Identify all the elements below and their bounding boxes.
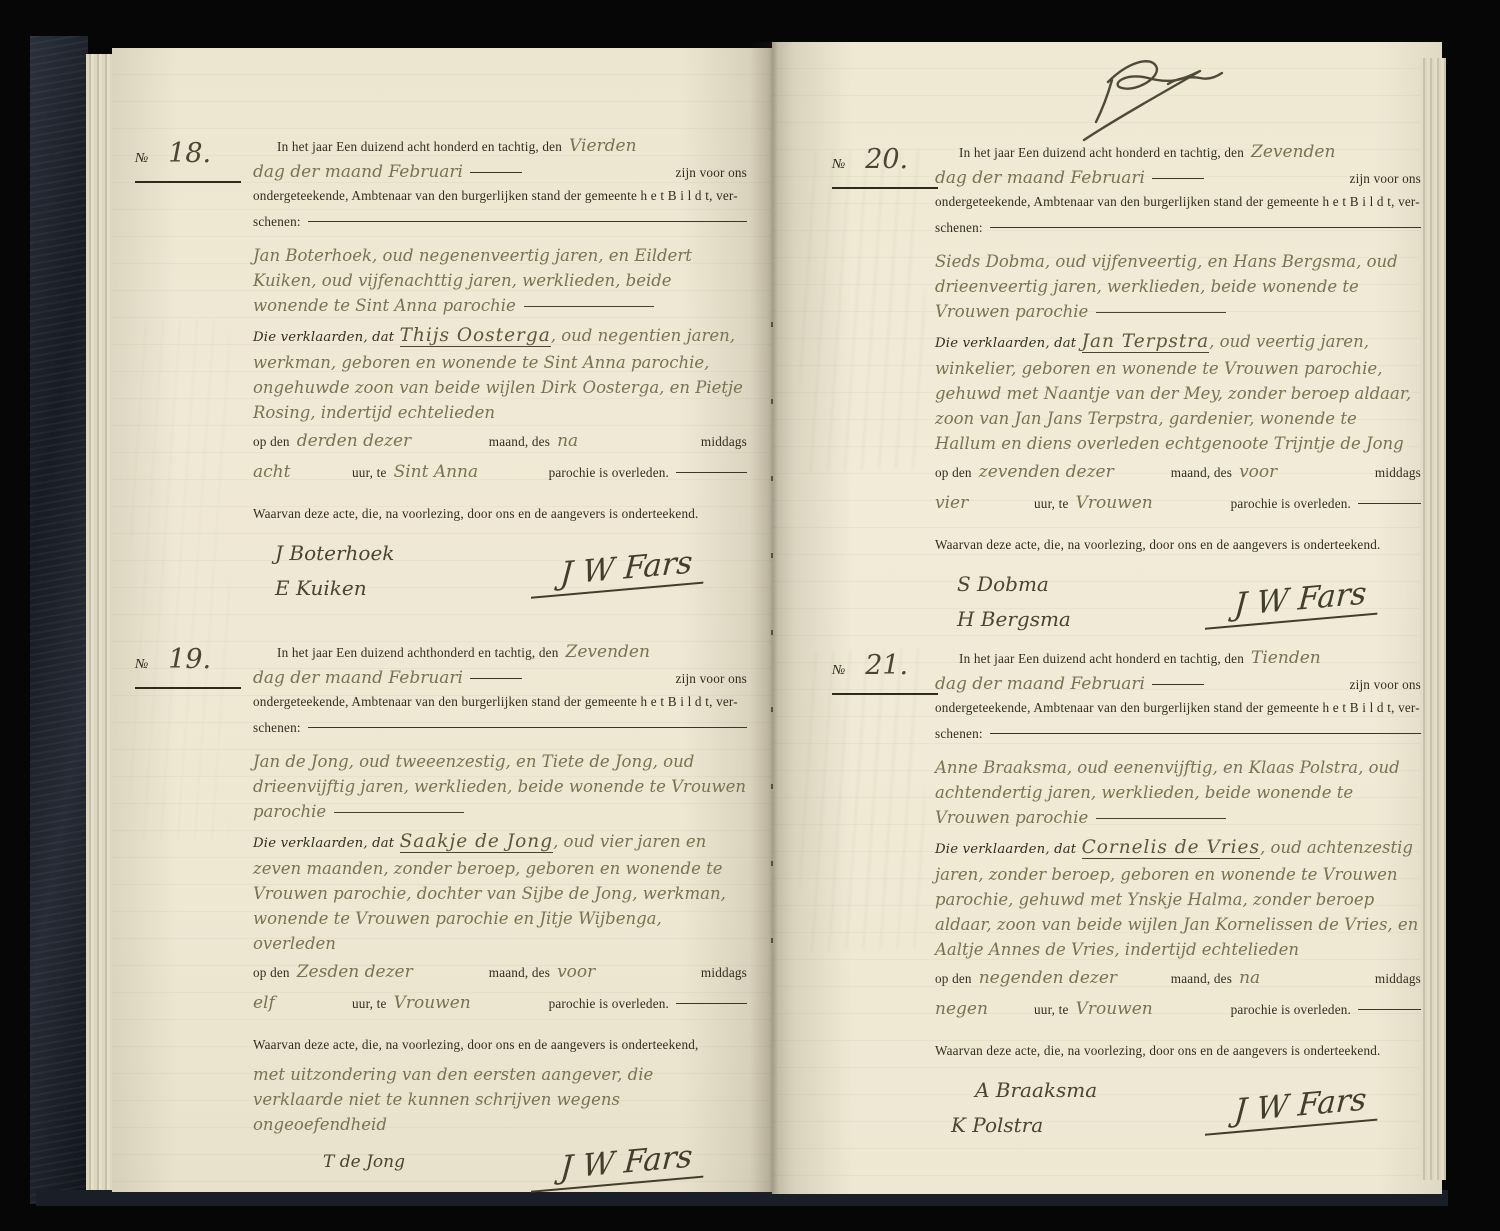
deceased-name: Jan Terpstra (1082, 331, 1210, 353)
rule-line (470, 172, 522, 173)
signatures: J BoterhoekE Kuiken J W Fars (253, 536, 747, 606)
death-record-20: № 20. In het jaar Een duizend acht honde… (832, 142, 1432, 637)
witness-signature: K Polstra (951, 1108, 1097, 1143)
handwritten-death-day: zevenden dezer (979, 462, 1164, 482)
witness-signature: E Kuiken (275, 571, 394, 606)
rule-line (308, 727, 747, 728)
record-number-value: 19. (168, 644, 211, 675)
printed-zijn-voor-ons: zijn voor ons (1350, 677, 1421, 693)
deceased-name: Thijs Oosterga (400, 325, 551, 347)
printed-maand-des: maand, des (1171, 465, 1232, 481)
printed-maand-des: maand, des (489, 434, 550, 450)
handwritten-daypart: na (1239, 968, 1303, 988)
handwritten-hour: vier (935, 493, 1027, 513)
no-label: № (135, 151, 148, 166)
printed-schenen: schenen: (253, 720, 301, 736)
printed-die-verklaarden: Die verklaarden, dat (253, 330, 394, 345)
printed-uur-te: uur, te (352, 996, 387, 1012)
printed-schenen: schenen: (935, 726, 983, 742)
witness-signature: T de Jong (323, 1145, 405, 1180)
handwritten-declarants: Sieds Dobma, oud vijfenveertig, en Hans … (935, 249, 1421, 324)
death-record-19: № 19. In het jaar Een duizend achthonder… (135, 642, 750, 1185)
witness-signature: H Bergsma (957, 602, 1071, 637)
handwritten-declarants: Jan Boterhoek, oud negenenveertig jaren,… (253, 243, 747, 318)
rule-line (676, 1003, 747, 1004)
printed-maand-des: maand, des (489, 965, 550, 981)
printed-die-verklaarden: Die verklaarden, dat (935, 336, 1076, 351)
record-number-value: 20. (865, 144, 908, 175)
printed-closing: Waarvan deze acte, die, na voorlezing, d… (935, 537, 1381, 553)
printed-die-verklaarden: Die verklaarden, dat (253, 836, 394, 851)
official-signature: J W Fars (531, 1137, 706, 1192)
printed-uur-te: uur, te (1034, 1002, 1069, 1018)
printed-official-line: ondergeteekende, Ambtenaar van den burge… (253, 188, 738, 204)
printed-zijn-voor-ons: zijn voor ons (676, 165, 747, 181)
registrar-paraph-icon (1050, 44, 1250, 144)
printed-official-line: ondergeteekende, Ambtenaar van den burge… (935, 194, 1420, 210)
printed-year-line: In het jaar Een duizend achthonderd en t… (277, 645, 559, 661)
printed-year-line: In het jaar Een duizend acht honderd en … (959, 651, 1244, 667)
witness-signature: A Braaksma (975, 1073, 1097, 1108)
rule-line (990, 227, 1421, 228)
handwritten-day-word: Tienden (1251, 648, 1421, 668)
printed-zijn-voor-ons: zijn voor ons (676, 671, 747, 687)
deceased-details: Die verklaarden, dat Jan Terpstra, oud v… (935, 329, 1421, 456)
deceased-name: Cornelis de Vries (1082, 837, 1260, 859)
witness-signature: S Dobma (957, 567, 1071, 602)
printed-op-den: op den (935, 971, 972, 987)
official-signature: J W Fars (1205, 1080, 1380, 1135)
printed-parochie-overleden: parochie is overleden. (549, 996, 669, 1012)
printed-year-line: In het jaar Een duizend acht honderd en … (277, 139, 562, 155)
rule-line (1152, 684, 1204, 685)
handwritten-closing-note: met uitzondering van den eersten aangeve… (253, 1062, 747, 1137)
rule-line (308, 221, 747, 222)
signatures: T de Jong J W Fars (253, 1145, 747, 1185)
handwritten-declarants: Jan de Jong, oud tweeenzestig, en Tiete … (253, 749, 747, 824)
handwritten-death-day: Zesden dezer (297, 962, 482, 982)
printed-schenen: schenen: (253, 214, 301, 230)
printed-middags: middags (1375, 465, 1421, 481)
rule-line (990, 733, 1421, 734)
signatures: A BraaksmaK Polstra J W Fars (935, 1073, 1421, 1143)
death-record-18: № 18. In het jaar Een duizend acht honde… (135, 136, 750, 606)
printed-op-den: op den (935, 465, 972, 481)
deceased-details: Die verklaarden, dat Saakje de Jong, oud… (253, 829, 747, 956)
book-cover-left (30, 36, 88, 1204)
handwritten-hour: elf (253, 993, 345, 1013)
rule-line (1152, 178, 1204, 179)
printed-middags: middags (701, 434, 747, 450)
handwritten-daypart: na (557, 431, 621, 451)
printed-middags: middags (701, 965, 747, 981)
printed-uur-te: uur, te (1034, 496, 1069, 512)
printed-uur-te: uur, te (352, 465, 387, 481)
handwritten-declarants: Anne Braaksma, oud eenenvijftig, en Klaa… (935, 755, 1421, 830)
printed-parochie-overleden: parochie is overleden. (1231, 1002, 1351, 1018)
record-number-value: 21. (865, 650, 908, 681)
handwritten-day-word: Vierden (569, 136, 747, 156)
deceased-name: Saakje de Jong (400, 831, 554, 853)
printed-zijn-voor-ons: zijn voor ons (1350, 171, 1421, 187)
printed-closing: Waarvan deze acte, die, na voorlezing, d… (935, 1043, 1381, 1059)
handwritten-month-line: dag der maand Februari (253, 162, 463, 182)
handwritten-place: Sint Anna (394, 462, 542, 482)
rule-line (1358, 1009, 1421, 1010)
handwritten-place: Vrouwen (1076, 999, 1224, 1019)
deceased-details: Die verklaarden, dat Cornelis de Vries, … (935, 835, 1421, 962)
record-number: № 19. (135, 644, 241, 689)
record-number: № 20. (832, 144, 938, 189)
handwritten-death-day: derden dezer (297, 431, 482, 451)
book-photo: № 18. In het jaar Een duizend acht honde… (0, 0, 1500, 1231)
record-number: № 21. (832, 650, 938, 695)
no-label: № (832, 663, 845, 678)
page-stack-edges-left (86, 54, 114, 1190)
handwritten-month-line: dag der maand Februari (935, 674, 1145, 694)
handwritten-hour: acht (253, 462, 345, 482)
handwritten-death-day: negenden dezer (979, 968, 1164, 988)
signatures: S DobmaH Bergsma J W Fars (935, 567, 1421, 637)
official-signature: J W Fars (1205, 574, 1380, 629)
printed-official-line: ondergeteekende, Ambtenaar van den burge… (935, 700, 1420, 716)
printed-schenen: schenen: (935, 220, 983, 236)
no-label: № (135, 657, 148, 672)
handwritten-day-word: Zevenden (1251, 142, 1421, 162)
rule-line (1358, 503, 1421, 504)
printed-middags: middags (1375, 971, 1421, 987)
printed-op-den: op den (253, 434, 290, 450)
printed-official-line: ondergeteekende, Ambtenaar van den burge… (253, 694, 738, 710)
death-record-21: № 21. In het jaar Een duizend acht honde… (832, 648, 1432, 1143)
printed-maand-des: maand, des (1171, 971, 1232, 987)
official-signature: J W Fars (531, 543, 706, 598)
printed-year-line: In het jaar Een duizend acht honderd en … (959, 145, 1244, 161)
printed-parochie-overleden: parochie is overleden. (1231, 496, 1351, 512)
rule-line (676, 472, 747, 473)
printed-closing: Waarvan deze acte, die, na voorlezing, d… (253, 1037, 699, 1053)
handwritten-daypart: voor (1239, 462, 1303, 482)
rule-line (470, 678, 522, 679)
binding-stitches (771, 250, 773, 1010)
printed-closing: Waarvan deze acte, die, na voorlezing, d… (253, 506, 699, 522)
printed-die-verklaarden: Die verklaarden, dat (935, 842, 1076, 857)
handwritten-month-line: dag der maand Februari (935, 168, 1145, 188)
handwritten-daypart: voor (557, 962, 621, 982)
no-label: № (832, 157, 845, 172)
handwritten-place: Vrouwen (1076, 493, 1224, 513)
deceased-details: Die verklaarden, dat Thijs Oosterga, oud… (253, 323, 747, 425)
handwritten-hour: negen (935, 999, 1027, 1019)
handwritten-day-word: Zevenden (566, 642, 747, 662)
record-number: № 18. (135, 138, 241, 183)
handwritten-month-line: dag der maand Februari (253, 668, 463, 688)
printed-op-den: op den (253, 965, 290, 981)
printed-parochie-overleden: parochie is overleden. (549, 465, 669, 481)
record-number-value: 18. (168, 138, 211, 169)
handwritten-place: Vrouwen (394, 993, 542, 1013)
witness-signature: J Boterhoek (275, 536, 394, 571)
